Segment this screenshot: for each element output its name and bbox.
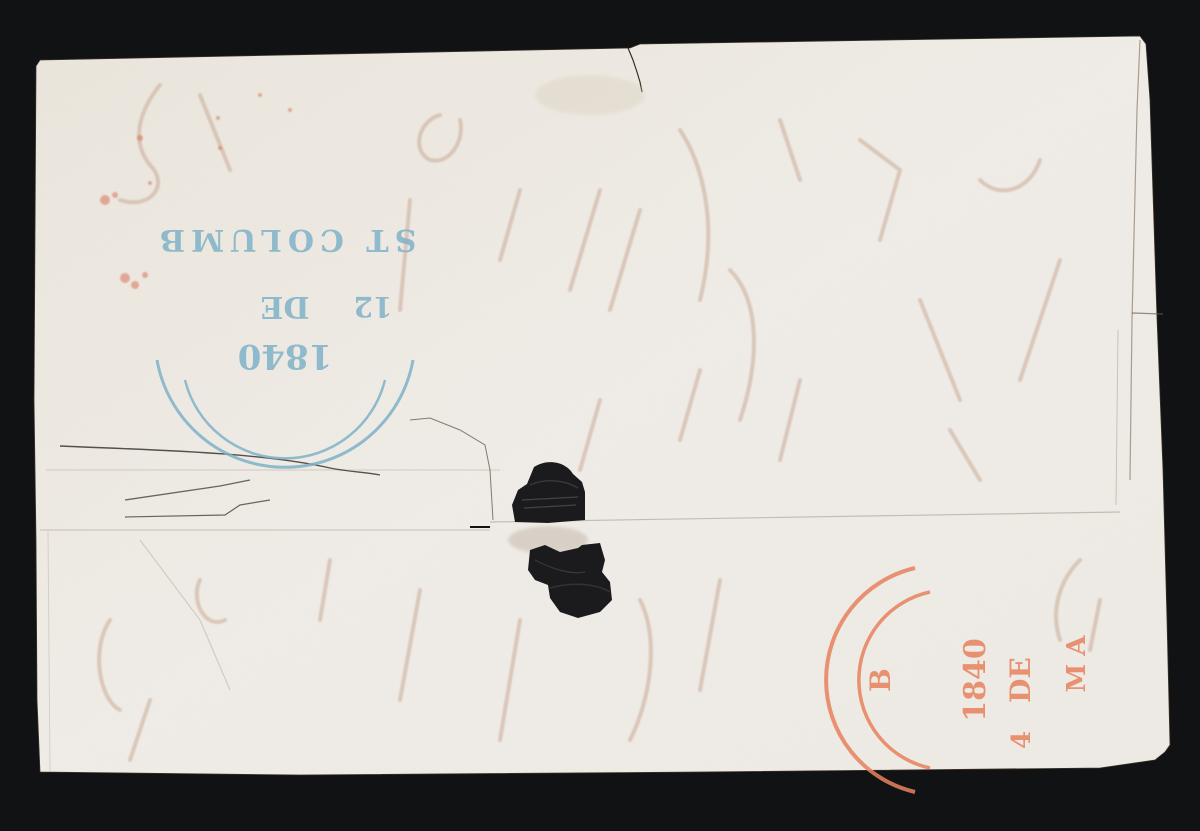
blue-datestamp-year: 1840 [238, 336, 333, 376]
blue-datestamp-town: ST COLUMB [154, 222, 417, 257]
red-datestamp-side-text: MA [1062, 628, 1092, 693]
blue-datestamp-date: DE [261, 289, 310, 324]
red-datestamp-year: 1840 [958, 638, 993, 722]
blue-datestamp-day: 12 [354, 290, 393, 323]
red-datestamp-date: DE [1004, 657, 1037, 703]
letter-sheet [34, 36, 1170, 775]
red-datestamp-top-letter: B [864, 668, 897, 692]
postal-cover-photo: 1840 DE 12 ST COLUMB 1840 DE 4 B MA [0, 0, 1200, 831]
red-datestamp-day: 4 [1007, 731, 1037, 749]
